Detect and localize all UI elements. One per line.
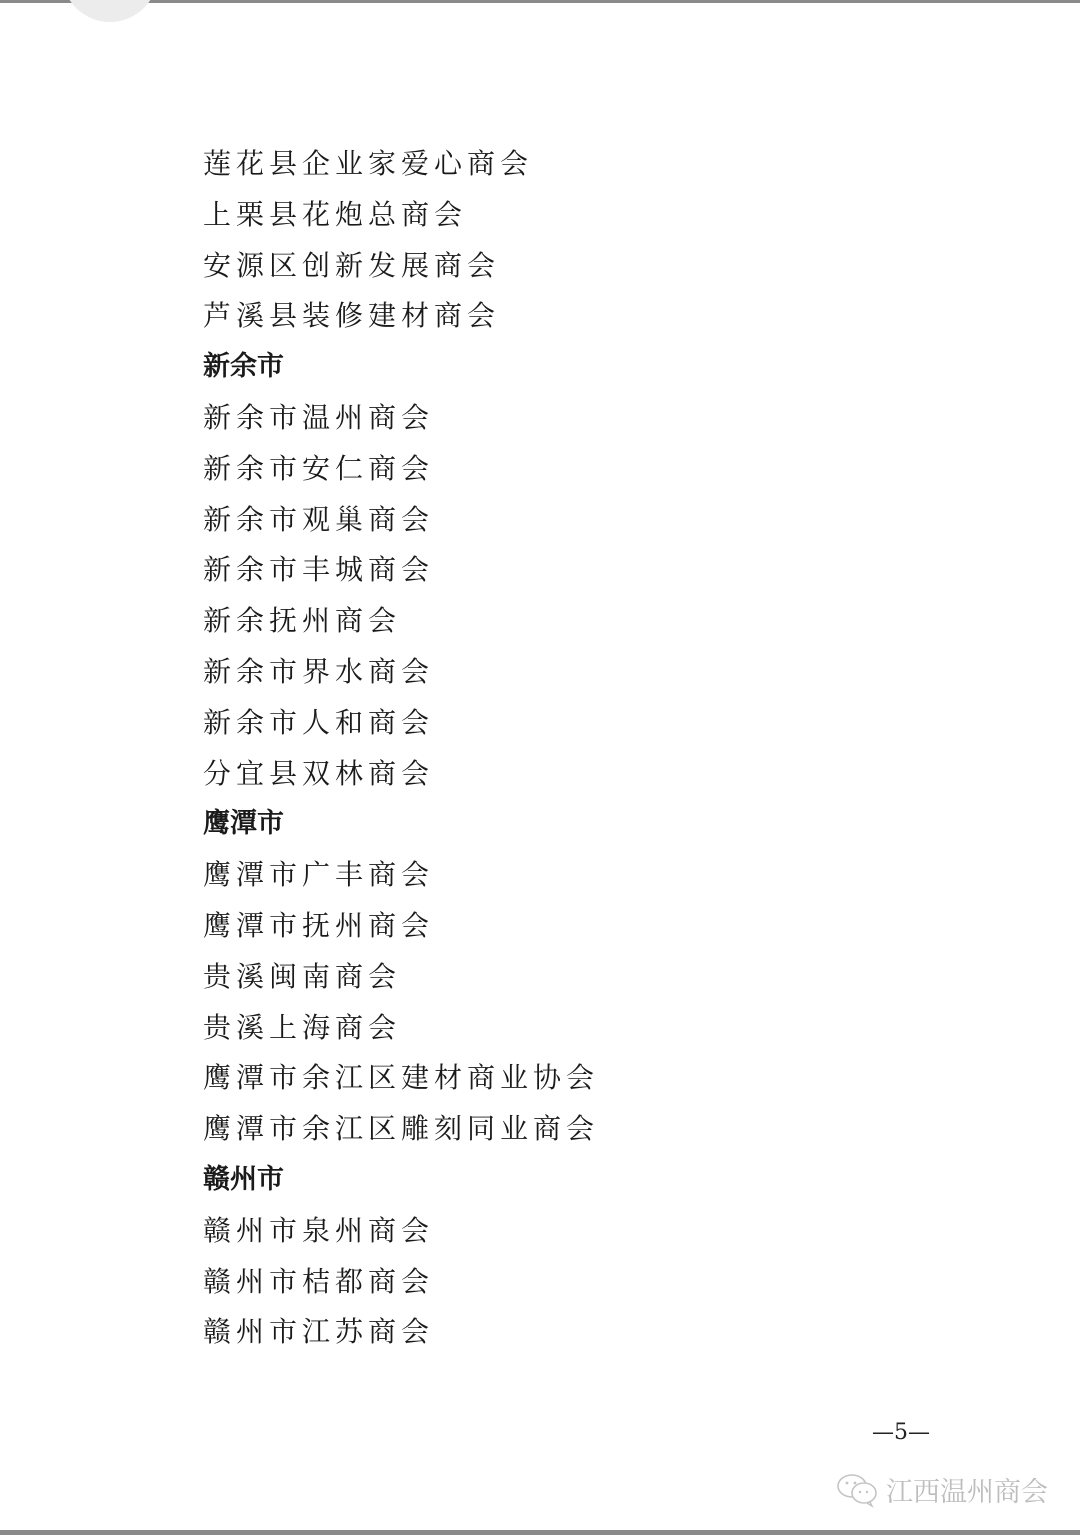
list-item: 新余抚州商会 <box>203 596 599 647</box>
list-item: 贵溪闽南商会 <box>203 952 599 1003</box>
list-item: 分宜县双林商会 <box>203 749 599 800</box>
list-item: 莲花县企业家爱心商会 <box>203 139 599 190</box>
list-item: 鹰潭市抚州商会 <box>203 901 599 952</box>
organization-list: 莲花县企业家爱心商会 上栗县花炮总商会 安源区创新发展商会 芦溪县装修建材商会 … <box>203 139 599 1358</box>
section-heading-ganzhou: 赣州市 <box>203 1155 599 1206</box>
list-item: 新余市观巢商会 <box>203 495 599 546</box>
list-item: 新余市人和商会 <box>203 698 599 749</box>
bottom-border <box>0 1530 1080 1535</box>
list-item: 鹰潭市余江区雕刻同业商会 <box>203 1104 599 1155</box>
section-heading-xinyu: 新余市 <box>203 342 599 393</box>
watermark: 江西温州商会 <box>836 1470 1048 1509</box>
list-item: 鹰潭市广丰商会 <box>203 850 599 901</box>
scan-shadow <box>62 0 158 22</box>
list-item: 芦溪县装修建材商会 <box>203 291 599 342</box>
top-border <box>0 0 1080 3</box>
list-item: 赣州市江苏商会 <box>203 1307 599 1358</box>
list-item: 新余市温州商会 <box>203 393 599 444</box>
list-item: 新余市界水商会 <box>203 647 599 698</box>
list-item: 安源区创新发展商会 <box>203 241 599 292</box>
list-item: 赣州市泉州商会 <box>203 1206 599 1257</box>
list-item: 新余市安仁商会 <box>203 444 599 495</box>
wechat-icon <box>836 1472 880 1508</box>
list-item: 赣州市桔都商会 <box>203 1257 599 1308</box>
list-item: 新余市丰城商会 <box>203 545 599 596</box>
watermark-text: 江西温州商会 <box>886 1470 1048 1509</box>
list-item: 鹰潭市余江区建材商业协会 <box>203 1053 599 1104</box>
page-number: —5— <box>872 1420 930 1445</box>
list-item: 上栗县花炮总商会 <box>203 190 599 241</box>
list-item: 贵溪上海商会 <box>203 1003 599 1054</box>
section-heading-yingtan: 鹰潭市 <box>203 799 599 850</box>
